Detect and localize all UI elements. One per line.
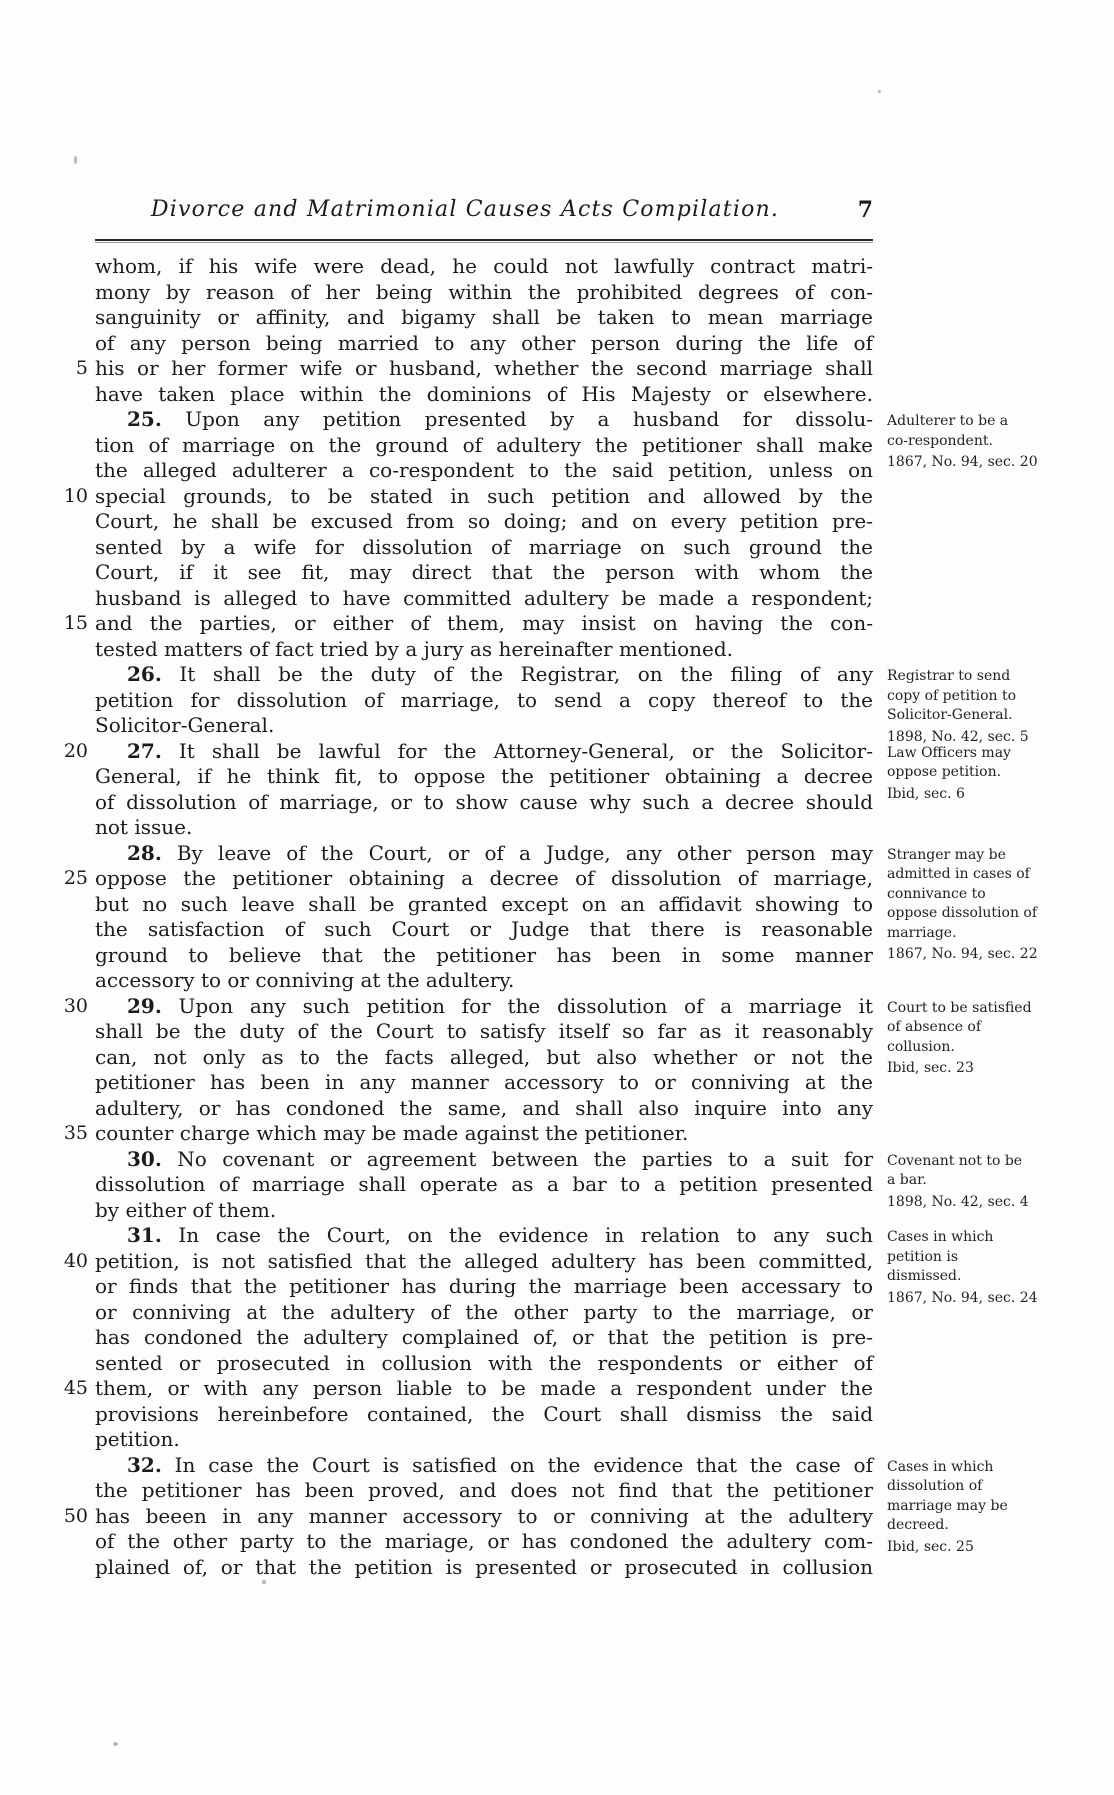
note-citation: 1898, No. 42, sec. 5 xyxy=(887,728,1092,748)
line-number: 45 xyxy=(55,1376,88,1402)
text-line: 28. By leave of the Court, or of a Judge… xyxy=(55,841,875,867)
line-text: or conniving at the adultery of the othe… xyxy=(95,1300,873,1326)
text-line: ground to believe that the petitioner ha… xyxy=(55,943,875,969)
note-citation: 1867, No. 94, sec. 24 xyxy=(887,1289,1092,1309)
line-text: 25. Upon any petition presented by a hus… xyxy=(95,407,873,433)
margin-note: Stranger may beadmitted in cases ofconni… xyxy=(887,846,1092,965)
line-number xyxy=(55,1223,88,1249)
line-number xyxy=(55,968,88,994)
margin-note: Court to be satisfiedof absence ofcollus… xyxy=(887,999,1092,1079)
line-number xyxy=(55,382,88,408)
line-text-body: petitioner has been in any manner access… xyxy=(95,1070,873,1094)
line-text-body: the satisfaction of such Court or Judge … xyxy=(95,917,873,941)
line-number xyxy=(55,1453,88,1479)
note-line: oppose petition. xyxy=(887,763,1092,783)
note-text: Court to be satisfiedof absence ofcollus… xyxy=(887,999,1092,1058)
line-number xyxy=(55,764,88,790)
margin-note: Registrar to sendcopy of petition toSoli… xyxy=(887,667,1092,747)
text-line: plained of, or that the petition is pres… xyxy=(55,1555,875,1581)
margin-note: Cases in whichpetition isdismissed. 1867… xyxy=(887,1228,1092,1308)
line-text-body: counter charge which may be made against… xyxy=(95,1121,688,1145)
line-number xyxy=(55,1172,88,1198)
text-line: 30 29. Upon any such petition for the di… xyxy=(55,994,875,1020)
line-text-body: plained of, or that the petition is pres… xyxy=(95,1555,873,1579)
line-text: petition, is not satisfied that the alle… xyxy=(95,1249,873,1275)
note-line: Cases in which xyxy=(887,1458,1092,1478)
text-line: 40 petition, is not satisfied that the a… xyxy=(55,1249,875,1275)
line-text: of the other party to the mariage, or ha… xyxy=(95,1529,873,1555)
scan-speck xyxy=(262,1580,266,1584)
note-text: Cases in whichpetition isdismissed. xyxy=(887,1228,1092,1287)
text-line: whom, if his wife were dead, he could no… xyxy=(55,254,875,280)
text-line: tion of marriage on the ground of adulte… xyxy=(55,433,875,459)
line-text: has condoned the adultery complained of,… xyxy=(95,1325,873,1351)
line-number xyxy=(55,1427,88,1453)
line-text-body: his or her former wife or husband, wheth… xyxy=(95,356,873,380)
line-text: plained of, or that the petition is pres… xyxy=(95,1555,873,1581)
note-text: Stranger may beadmitted in cases ofconni… xyxy=(887,846,1092,944)
note-line: Covenant not to be xyxy=(887,1152,1092,1172)
line-text-body: the petitioner has been proved, and does… xyxy=(95,1478,873,1502)
line-number xyxy=(55,713,88,739)
text-line: tested matters of fact tried by a jury a… xyxy=(55,637,875,663)
text-line: 26. It shall be the duty of the Registra… xyxy=(55,662,875,688)
line-text: 29. Upon any such petition for the disso… xyxy=(95,994,873,1020)
line-text-body: dissolution of marriage shall operate as… xyxy=(95,1172,873,1196)
line-text: them, or with any person liable to be ma… xyxy=(95,1376,873,1402)
line-number: 20 xyxy=(55,739,88,765)
text-line: sanguinity or affinity, and bigamy shall… xyxy=(55,305,875,331)
line-text-body: Upon any such petition for the dissoluti… xyxy=(162,994,873,1018)
line-number xyxy=(55,662,88,688)
text-line: the petitioner has been proved, and does… xyxy=(55,1478,875,1504)
line-text: Solicitor-General. xyxy=(95,713,873,739)
note-line: decreed. xyxy=(887,1516,1092,1536)
line-number xyxy=(55,458,88,484)
line-text-body: Court, he shall be excused from so doing… xyxy=(95,509,873,533)
scan-speck xyxy=(113,1742,118,1746)
line-text-body: the alleged adulterer a co-respondent to… xyxy=(95,458,873,482)
line-text-body: In case the Court is satisfied on the ev… xyxy=(162,1453,873,1477)
text-line: dissolution of marriage shall operate as… xyxy=(55,1172,875,1198)
note-line: Registrar to send xyxy=(887,667,1092,687)
text-line: the alleged adulterer a co-respondent to… xyxy=(55,458,875,484)
page-number: 7 xyxy=(795,197,873,223)
margin-note: Covenant not to bea bar. 1898, No. 42, s… xyxy=(887,1152,1092,1213)
text-line: sented by a wife for dissolution of marr… xyxy=(55,535,875,561)
text-line: petitioner has been in any manner access… xyxy=(55,1070,875,1096)
line-text: and the parties, or either of them, may … xyxy=(95,611,873,637)
text-line: petition for dissolution of marriage, to… xyxy=(55,688,875,714)
line-number xyxy=(55,1274,88,1300)
line-text-body: shall be the duty of the Court to satisf… xyxy=(95,1019,873,1043)
text-line: of the other party to the mariage, or ha… xyxy=(55,1529,875,1555)
line-text-body: No covenant or agreement between the par… xyxy=(162,1147,873,1171)
section-number: 28. xyxy=(127,841,162,865)
text-line: but no such leave shall be granted excep… xyxy=(55,892,875,918)
line-text: 28. By leave of the Court, or of a Judge… xyxy=(95,841,873,867)
line-text-body: not issue. xyxy=(95,815,192,839)
line-text-body: sented or prosecuted in collusion with t… xyxy=(95,1351,873,1375)
line-text: special grounds, to be stated in such pe… xyxy=(95,484,873,510)
line-number xyxy=(55,407,88,433)
text-line: accessory to or conniving at the adulter… xyxy=(55,968,875,994)
line-text: oppose the petitioner obtaining a decree… xyxy=(95,866,873,892)
note-citation: 1867, No. 94, sec. 22 xyxy=(887,945,1092,965)
line-number xyxy=(55,815,88,841)
line-text-body: has beeen in any manner accessory to or … xyxy=(95,1504,873,1528)
line-number xyxy=(55,535,88,561)
line-text-body: Upon any petition presented by a husband… xyxy=(162,407,873,431)
line-number: 25 xyxy=(55,866,88,892)
note-line: Court to be satisfied xyxy=(887,999,1092,1019)
line-text: petition for dissolution of marriage, to… xyxy=(95,688,873,714)
note-line: Adulterer to be a xyxy=(887,412,1092,432)
line-text-body: provisions hereinbefore contained, the C… xyxy=(95,1402,873,1426)
line-number xyxy=(55,1402,88,1428)
line-text: husband is alleged to have committed adu… xyxy=(95,586,873,612)
text-line: 5 his or her former wife or husband, whe… xyxy=(55,356,875,382)
text-line: or conniving at the adultery of the othe… xyxy=(55,1300,875,1326)
text-line: the satisfaction of such Court or Judge … xyxy=(55,917,875,943)
text-line: 45 them, or with any person liable to be… xyxy=(55,1376,875,1402)
text-line: husband is alleged to have committed adu… xyxy=(55,586,875,612)
margin-note: Adulterer to be aco-respondent. 1867, No… xyxy=(887,412,1092,473)
note-line: marriage may be xyxy=(887,1497,1092,1517)
line-text-body: by either of them. xyxy=(95,1198,276,1222)
line-text: 30. No covenant or agreement between the… xyxy=(95,1147,873,1173)
text-line: by either of them. xyxy=(55,1198,875,1224)
line-text-body: sented by a wife for dissolution of marr… xyxy=(95,535,873,559)
text-line: 20 27. It shall be lawful for the Attorn… xyxy=(55,739,875,765)
line-number xyxy=(55,1019,88,1045)
line-number xyxy=(55,1555,88,1581)
text-line: or finds that the petitioner has during … xyxy=(55,1274,875,1300)
section-number: 30. xyxy=(127,1147,162,1171)
line-text-body: has condoned the adultery complained of,… xyxy=(95,1325,873,1349)
line-text: 32. In case the Court is satisfied on th… xyxy=(95,1453,873,1479)
text-line: adultery, or has condoned the same, and … xyxy=(55,1096,875,1122)
line-number xyxy=(55,1045,88,1071)
text-line: 50 has beeen in any manner accessory to … xyxy=(55,1504,875,1530)
section-number: 32. xyxy=(127,1453,162,1477)
note-line: marriage. xyxy=(887,924,1092,944)
line-text: counter charge which may be made against… xyxy=(95,1121,873,1147)
note-line: a bar. xyxy=(887,1171,1092,1191)
note-line: Cases in which xyxy=(887,1228,1092,1248)
line-number xyxy=(55,943,88,969)
line-number xyxy=(55,841,88,867)
line-text: sented or prosecuted in collusion with t… xyxy=(95,1351,873,1377)
line-number xyxy=(55,509,88,535)
line-text-body: or conniving at the adultery of the othe… xyxy=(95,1300,873,1324)
text-line: 32. In case the Court is satisfied on th… xyxy=(55,1453,875,1479)
text-line: Court, he shall be excused from so doing… xyxy=(55,509,875,535)
line-number xyxy=(55,1351,88,1377)
section-number: 27. xyxy=(127,739,162,763)
line-text-body: Solicitor-General. xyxy=(95,713,274,737)
line-number: 5 xyxy=(55,356,88,382)
line-text-body: By leave of the Court, or of a Judge, an… xyxy=(162,841,873,865)
line-text: 27. It shall be lawful for the Attorney-… xyxy=(95,739,873,765)
note-line: Solicitor-General. xyxy=(887,706,1092,726)
margin-note: Law Officers mayoppose petition. Ibid, s… xyxy=(887,744,1092,805)
line-text-body: petition, is not satisfied that the alle… xyxy=(95,1249,873,1273)
line-text: ground to believe that the petitioner ha… xyxy=(95,943,873,969)
note-text: Law Officers mayoppose petition. xyxy=(887,744,1092,783)
line-text-body: of dissolution of marriage, or to show c… xyxy=(95,790,873,814)
text-line: 10 special grounds, to be stated in such… xyxy=(55,484,875,510)
line-text: sanguinity or affinity, and bigamy shall… xyxy=(95,305,873,331)
line-text: his or her former wife or husband, wheth… xyxy=(95,356,873,382)
line-text: can, not only as to the facts alleged, b… xyxy=(95,1045,873,1071)
line-text-body: General, if he think fit, to oppose the … xyxy=(95,764,873,788)
note-citation: 1867, No. 94, sec. 20 xyxy=(887,453,1092,473)
line-number xyxy=(55,688,88,714)
note-citation: 1898, No. 42, sec. 4 xyxy=(887,1193,1092,1213)
note-line: of absence of xyxy=(887,1018,1092,1038)
line-number xyxy=(55,1325,88,1351)
line-text: 31. In case the Court, on the evidence i… xyxy=(95,1223,873,1249)
line-number xyxy=(55,280,88,306)
text-line: 31. In case the Court, on the evidence i… xyxy=(55,1223,875,1249)
line-text: accessory to or conniving at the adulter… xyxy=(95,968,873,994)
note-line: dismissed. xyxy=(887,1267,1092,1287)
note-line: copy of petition to xyxy=(887,687,1092,707)
line-text: tion of marriage on the ground of adulte… xyxy=(95,433,873,459)
line-text: but no such leave shall be granted excep… xyxy=(95,892,873,918)
line-text-body: and the parties, or either of them, may … xyxy=(95,611,873,635)
line-text: shall be the duty of the Court to satisf… xyxy=(95,1019,873,1045)
line-text-body: accessory to or conniving at the adulter… xyxy=(95,968,514,992)
line-text-body: sanguinity or affinity, and bigamy shall… xyxy=(95,305,873,329)
line-text: by either of them. xyxy=(95,1198,873,1224)
line-number: 15 xyxy=(55,611,88,637)
text-line: provisions hereinbefore contained, the C… xyxy=(55,1402,875,1428)
scan-speck xyxy=(878,90,881,93)
note-citation: Ibid, sec. 6 xyxy=(887,785,1092,805)
body-text: whom, if his wife were dead, he could no… xyxy=(55,254,875,1580)
line-number xyxy=(55,1529,88,1555)
line-text: of dissolution of marriage, or to show c… xyxy=(95,790,873,816)
line-number xyxy=(55,1096,88,1122)
text-line: petition. xyxy=(55,1427,875,1453)
note-text: Adulterer to be aco-respondent. xyxy=(887,412,1092,451)
note-text: Covenant not to bea bar. xyxy=(887,1152,1092,1191)
margin-note: Cases in whichdissolution ofmarriage may… xyxy=(887,1458,1092,1558)
line-text: dissolution of marriage shall operate as… xyxy=(95,1172,873,1198)
text-line: 25. Upon any petition presented by a hus… xyxy=(55,407,875,433)
text-line: General, if he think fit, to oppose the … xyxy=(55,764,875,790)
line-text-body: or finds that the petitioner has during … xyxy=(95,1274,873,1298)
line-text-body: Court, if it see fit, may direct that th… xyxy=(95,560,873,584)
line-number xyxy=(55,305,88,331)
note-line: oppose dissolution of xyxy=(887,904,1092,924)
line-text-body: of the other party to the mariage, or ha… xyxy=(95,1529,873,1553)
text-line: Solicitor-General. xyxy=(55,713,875,739)
line-text-body: tested matters of fact tried by a jury a… xyxy=(95,637,733,661)
line-text: mony by reason of her being within the p… xyxy=(95,280,873,306)
line-text-body: It shall be lawful for the Attorney-Gene… xyxy=(162,739,873,763)
line-text-body: adultery, or has condoned the same, and … xyxy=(95,1096,873,1120)
line-text-body: tion of marriage on the ground of adulte… xyxy=(95,433,873,457)
scan-speck xyxy=(74,156,77,164)
line-text: or finds that the petitioner has during … xyxy=(95,1274,873,1300)
line-text-body: special grounds, to be stated in such pe… xyxy=(95,484,873,508)
text-line: not issue. xyxy=(55,815,875,841)
line-text: sented by a wife for dissolution of marr… xyxy=(95,535,873,561)
note-line: co-respondent. xyxy=(887,432,1092,452)
note-line: petition is xyxy=(887,1248,1092,1268)
line-number xyxy=(55,892,88,918)
header-rule xyxy=(95,239,873,243)
note-text: Cases in whichdissolution ofmarriage may… xyxy=(887,1458,1092,1536)
section-number: 31. xyxy=(127,1223,162,1247)
line-text: the petitioner has been proved, and does… xyxy=(95,1478,873,1504)
line-text: General, if he think fit, to oppose the … xyxy=(95,764,873,790)
text-line: shall be the duty of the Court to satisf… xyxy=(55,1019,875,1045)
line-number xyxy=(55,331,88,357)
line-text: 26. It shall be the duty of the Registra… xyxy=(95,662,873,688)
line-text: provisions hereinbefore contained, the C… xyxy=(95,1402,873,1428)
section-number: 29. xyxy=(127,994,162,1018)
text-line: of dissolution of marriage, or to show c… xyxy=(55,790,875,816)
text-line: have taken place within the dominions of… xyxy=(55,382,875,408)
text-line: mony by reason of her being within the p… xyxy=(55,280,875,306)
line-number xyxy=(55,917,88,943)
text-line: sented or prosecuted in collusion with t… xyxy=(55,1351,875,1377)
line-text-body: but no such leave shall be granted excep… xyxy=(95,892,873,916)
line-text: adultery, or has condoned the same, and … xyxy=(95,1096,873,1122)
line-text: have taken place within the dominions of… xyxy=(95,382,873,408)
line-number xyxy=(55,1198,88,1224)
line-text-body: husband is alleged to have committed adu… xyxy=(95,586,873,610)
line-number: 40 xyxy=(55,1249,88,1275)
line-number xyxy=(55,790,88,816)
line-text-body: can, not only as to the facts alleged, b… xyxy=(95,1045,873,1069)
note-text: Registrar to sendcopy of petition toSoli… xyxy=(887,667,1092,726)
line-text: the satisfaction of such Court or Judge … xyxy=(95,917,873,943)
line-text-body: It shall be the duty of the Registrar, o… xyxy=(162,662,873,686)
line-text-body: have taken place within the dominions of… xyxy=(95,382,873,406)
line-number xyxy=(55,560,88,586)
section-number: 25. xyxy=(127,407,162,431)
line-text-body: of any person being married to any other… xyxy=(95,331,873,355)
line-number xyxy=(55,1300,88,1326)
line-text: petition. xyxy=(95,1427,873,1453)
line-number xyxy=(55,637,88,663)
line-text-body: petition. xyxy=(95,1427,180,1451)
text-line: has condoned the adultery complained of,… xyxy=(55,1325,875,1351)
text-line: can, not only as to the facts alleged, b… xyxy=(55,1045,875,1071)
page-header-title: Divorce and Matrimonial Causes Acts Comp… xyxy=(85,197,845,223)
line-text-body: petition for dissolution of marriage, to… xyxy=(95,688,873,712)
text-line: 30. No covenant or agreement between the… xyxy=(55,1147,875,1173)
line-number: 30 xyxy=(55,994,88,1020)
line-text: whom, if his wife were dead, he could no… xyxy=(95,254,873,280)
line-text-body: ground to believe that the petitioner ha… xyxy=(95,943,873,967)
line-text: of any person being married to any other… xyxy=(95,331,873,357)
note-line: admitted in cases of xyxy=(887,865,1092,885)
text-line: 35 counter charge which may be made agai… xyxy=(55,1121,875,1147)
note-citation: Ibid, sec. 23 xyxy=(887,1059,1092,1079)
line-text-body: whom, if his wife were dead, he could no… xyxy=(95,254,873,278)
line-text: petitioner has been in any manner access… xyxy=(95,1070,873,1096)
text-line: 15 and the parties, or either of them, m… xyxy=(55,611,875,637)
text-line: of any person being married to any other… xyxy=(55,331,875,357)
note-line: Stranger may be xyxy=(887,846,1092,866)
line-text: Court, he shall be excused from so doing… xyxy=(95,509,873,535)
line-number xyxy=(55,1478,88,1504)
text-line: Court, if it see fit, may direct that th… xyxy=(55,560,875,586)
line-text-body: In case the Court, on the evidence in re… xyxy=(162,1223,873,1247)
line-number xyxy=(55,586,88,612)
line-number xyxy=(55,433,88,459)
line-text-body: them, or with any person liable to be ma… xyxy=(95,1376,873,1400)
line-number: 35 xyxy=(55,1121,88,1147)
note-line: connivance to xyxy=(887,885,1092,905)
line-text: has beeen in any manner accessory to or … xyxy=(95,1504,873,1530)
line-text-body: oppose the petitioner obtaining a decree… xyxy=(95,866,873,890)
document-page: Divorce and Matrimonial Causes Acts Comp… xyxy=(0,0,1114,1795)
text-line: 25 oppose the petitioner obtaining a dec… xyxy=(55,866,875,892)
line-number: 10 xyxy=(55,484,88,510)
line-number xyxy=(55,1147,88,1173)
line-text: not issue. xyxy=(95,815,873,841)
line-number xyxy=(55,1070,88,1096)
line-number: 50 xyxy=(55,1504,88,1530)
line-text: Court, if it see fit, may direct that th… xyxy=(95,560,873,586)
line-number xyxy=(55,254,88,280)
note-line: Law Officers may xyxy=(887,744,1092,764)
line-text: the alleged adulterer a co-respondent to… xyxy=(95,458,873,484)
note-citation: Ibid, sec. 25 xyxy=(887,1538,1092,1558)
section-number: 26. xyxy=(127,662,162,686)
note-line: collusion. xyxy=(887,1038,1092,1058)
line-text-body: mony by reason of her being within the p… xyxy=(95,280,873,304)
note-line: dissolution of xyxy=(887,1477,1092,1497)
line-text: tested matters of fact tried by a jury a… xyxy=(95,637,873,663)
